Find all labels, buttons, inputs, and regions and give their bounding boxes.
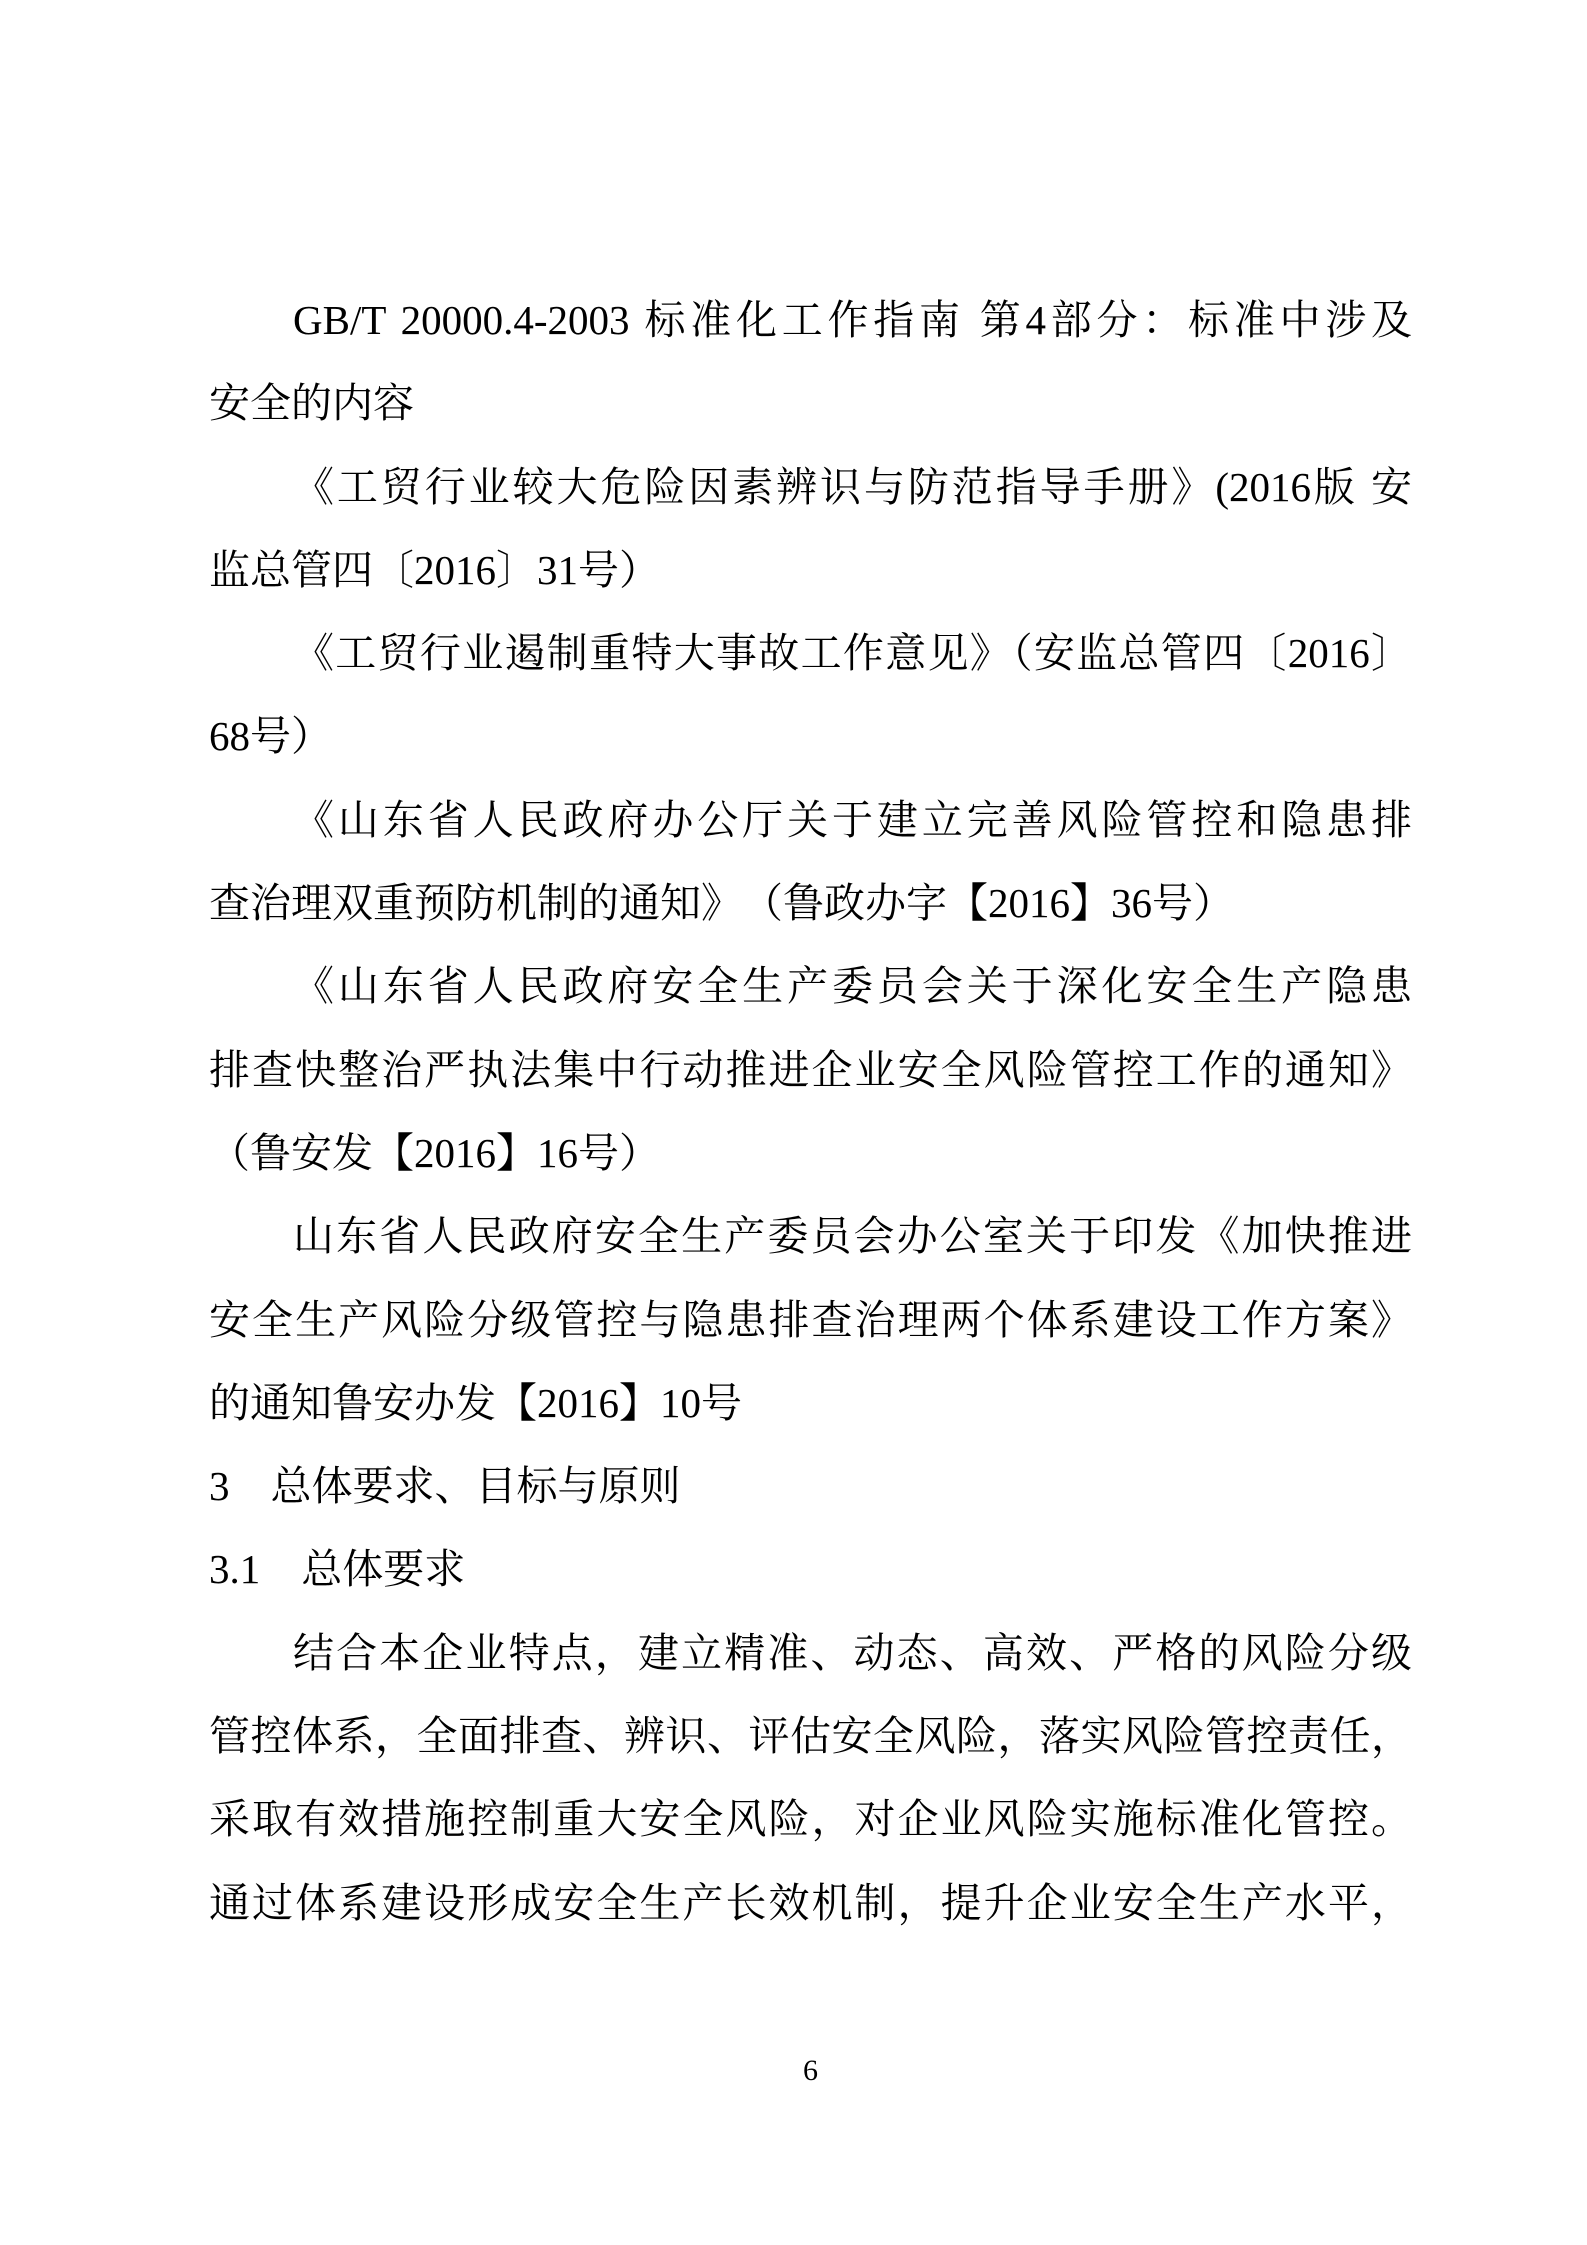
text-line: 68号） [209, 695, 1412, 778]
text-line: 的通知鲁安办发【2016】10号 [209, 1362, 1412, 1445]
text-line: 采取有效措施控制重大安全风险，对企业风险实施标准化管控。 [209, 1778, 1412, 1861]
text-line: 安全的内容 [209, 362, 1412, 445]
text-line: 山东省人民政府安全生产委员会办公室关于印发《加快推进 [209, 1195, 1412, 1278]
document-page: GB/T 20000.4-2003 标准化工作指南 第4部分：标准中涉及 安全的… [0, 0, 1587, 2245]
text-line: 管控体系，全面排查、辨识、评估安全风险，落实风险管控责任， [209, 1695, 1412, 1778]
document-body: GB/T 20000.4-2003 标准化工作指南 第4部分：标准中涉及 安全的… [209, 279, 1412, 1945]
text-line: （鲁安发【2016】16号） [209, 1112, 1412, 1195]
page-number: 6 [209, 2056, 1412, 2086]
text-line: 排查快整治严执法集中行动推进企业安全风险管控工作的通知》 [209, 1029, 1412, 1112]
text-line: 查治理双重预防机制的通知》 （鲁政办字【2016】36号） [209, 862, 1412, 945]
text-line: 监总管四〔2016〕31号） [209, 529, 1412, 612]
text-line: 《山东省人民政府安全生产委员会关于深化安全生产隐患 [209, 945, 1412, 1028]
text-line: 安全生产风险分级管控与隐患排查治理两个体系建设工作方案》 [209, 1279, 1412, 1362]
subsection-heading: 3.1 总体要求 [209, 1528, 1412, 1611]
text-line: 结合本企业特点，建立精准、动态、高效、严格的风险分级 [209, 1612, 1412, 1695]
text-line: 《工贸行业遏制重特大事故工作意见》（安监总管四〔2016〕 [209, 612, 1412, 695]
text-line: 《山东省人民政府办公厅关于建立完善风险管控和隐患排 [209, 779, 1412, 862]
text-line: 《工贸行业较大危险因素辨识与防范指导手册》(2016版 安 [209, 446, 1412, 529]
text-line: GB/T 20000.4-2003 标准化工作指南 第4部分：标准中涉及 [209, 279, 1412, 362]
section-heading: 3 总体要求、目标与原则 [209, 1445, 1412, 1528]
text-line: 通过体系建设形成安全生产长效机制，提升企业安全生产水平， [209, 1862, 1412, 1945]
